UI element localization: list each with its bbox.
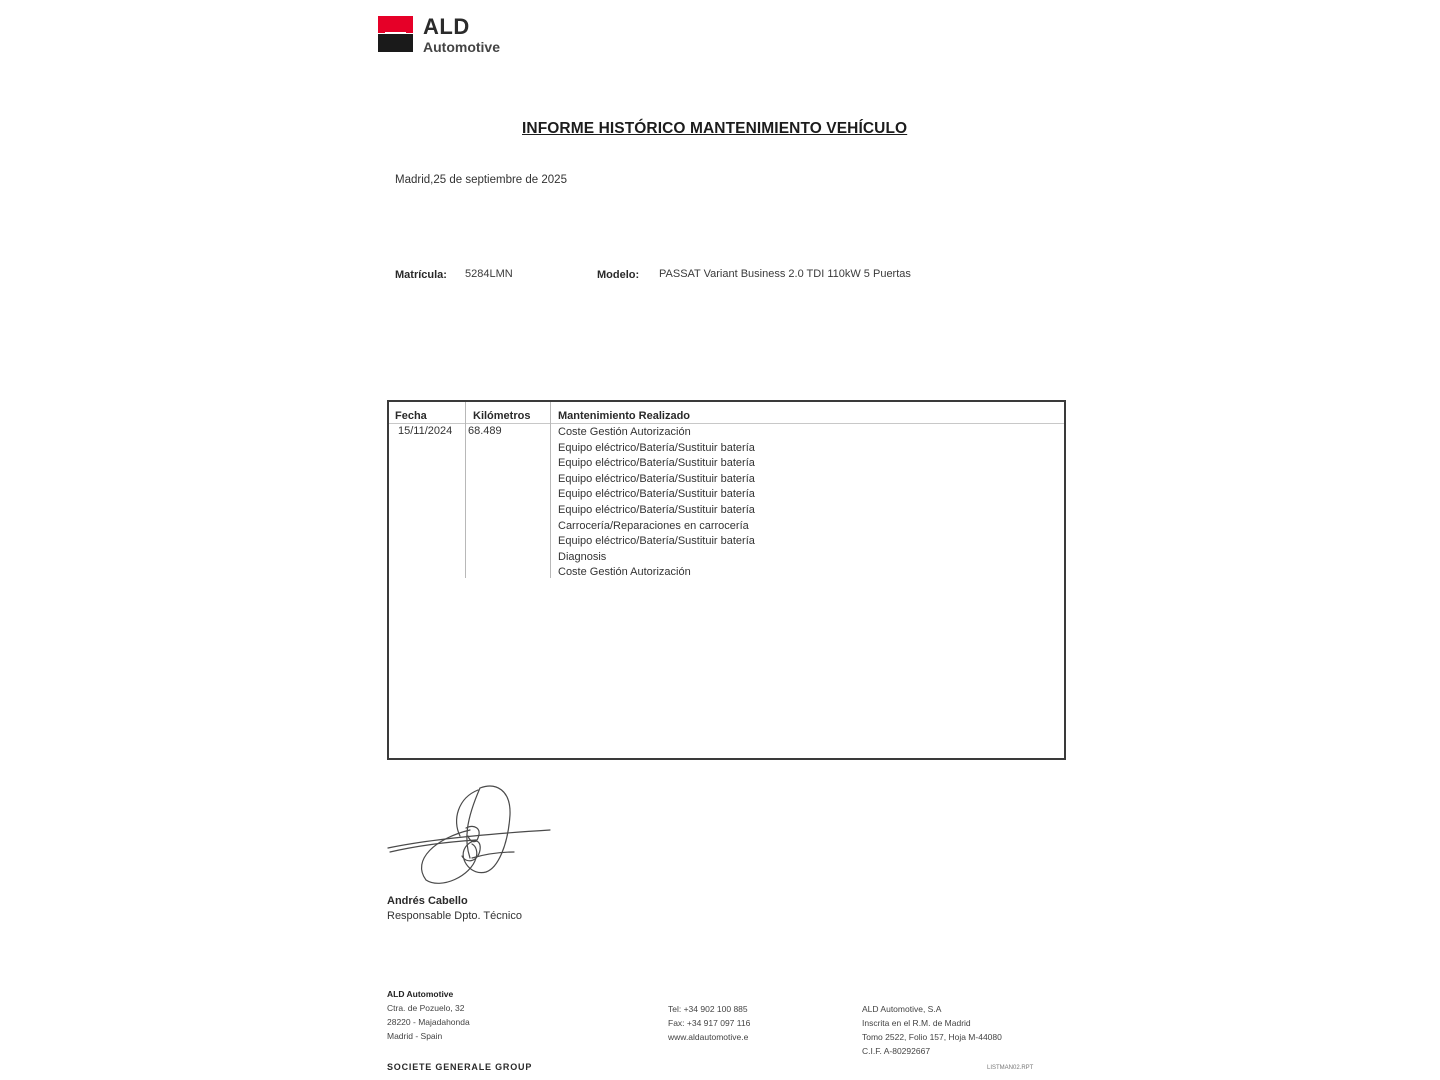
footer-legal-line: ALD Automotive, S.A — [862, 1002, 1002, 1016]
footer-contact-block: Tel: +34 902 100 885 Fax: +34 917 097 11… — [668, 1002, 750, 1044]
column-header-mantenimiento: Mantenimiento Realizado — [558, 410, 690, 422]
report-reference: LISTMAN02.RPT — [987, 1065, 1033, 1071]
footer-legal-line: Tomo 2522, Folio 157, Hoja M-44080 — [862, 1030, 1002, 1044]
logo-subtitle: Automotive — [423, 40, 500, 54]
plate-value: 5284LMN — [465, 268, 513, 280]
footer-address-block: ALD Automotive Ctra. de Pozuelo, 32 2822… — [387, 987, 470, 1043]
row-km: 68.489 — [468, 425, 502, 437]
maintenance-item: Equipo eléctrico/Batería/Sustituir bater… — [558, 441, 755, 457]
ald-automotive-logo: ALD Automotive — [378, 16, 500, 54]
logo-brand: ALD — [423, 16, 500, 38]
maintenance-item: Equipo eléctrico/Batería/Sustituir bater… — [558, 472, 755, 488]
column-header-kilometros: Kilómetros — [473, 410, 530, 422]
column-header-fecha: Fecha — [395, 410, 427, 422]
footer-website: www.aldautomotive.e — [668, 1030, 750, 1044]
plate-label: Matrícula: — [395, 269, 447, 281]
footer-fax: Fax: +34 917 097 116 — [668, 1016, 750, 1030]
logo-mark-icon — [378, 16, 413, 52]
maintenance-item: Equipo eléctrico/Batería/Sustituir bater… — [558, 456, 755, 472]
maintenance-item: Coste Gestión Autorización — [558, 565, 755, 581]
societe-generale-group: SOCIETE GENERALE GROUP — [387, 1062, 532, 1072]
signature-image — [386, 780, 552, 888]
maintenance-item: Equipo eléctrico/Batería/Sustituir bater… — [558, 503, 755, 519]
footer-address-line: 28220 - Majadahonda — [387, 1015, 470, 1029]
footer-legal-line: Inscrita en el R.M. de Madrid — [862, 1016, 1002, 1030]
footer-address-line: Ctra. de Pozuelo, 32 — [387, 1001, 470, 1015]
document-title: INFORME HISTÓRICO MANTENIMIENTO VEHÍCULO — [522, 120, 907, 138]
maintenance-item: Carrocería/Reparaciones en carrocería — [558, 519, 755, 535]
signer-role: Responsable Dpto. Técnico — [387, 910, 522, 922]
row-date: 15/11/2024 — [398, 425, 452, 437]
maintenance-items: Coste Gestión Autorización Equipo eléctr… — [558, 425, 755, 581]
footer-address-line: Madrid - Spain — [387, 1029, 470, 1043]
footer-legal-block: ALD Automotive, S.A Inscrita en el R.M. … — [862, 1002, 1002, 1058]
maintenance-item: Equipo eléctrico/Batería/Sustituir bater… — [558, 534, 755, 550]
model-value: PASSAT Variant Business 2.0 TDI 110kW 5 … — [659, 268, 911, 280]
maintenance-item: Coste Gestión Autorización — [558, 425, 755, 441]
signer-name: Andrés Cabello — [387, 895, 468, 907]
footer-phone: Tel: +34 902 100 885 — [668, 1002, 750, 1016]
maintenance-table: Fecha Kilómetros Mantenimiento Realizado… — [387, 400, 1066, 760]
place-date: Madrid,25 de septiembre de 2025 — [395, 174, 567, 186]
model-label: Modelo: — [597, 269, 639, 281]
footer-legal-line: C.I.F. A-80292667 — [862, 1044, 1002, 1058]
maintenance-item: Equipo eléctrico/Batería/Sustituir bater… — [558, 487, 755, 503]
maintenance-item: Diagnosis — [558, 550, 755, 566]
footer-company: ALD Automotive — [387, 987, 470, 1001]
